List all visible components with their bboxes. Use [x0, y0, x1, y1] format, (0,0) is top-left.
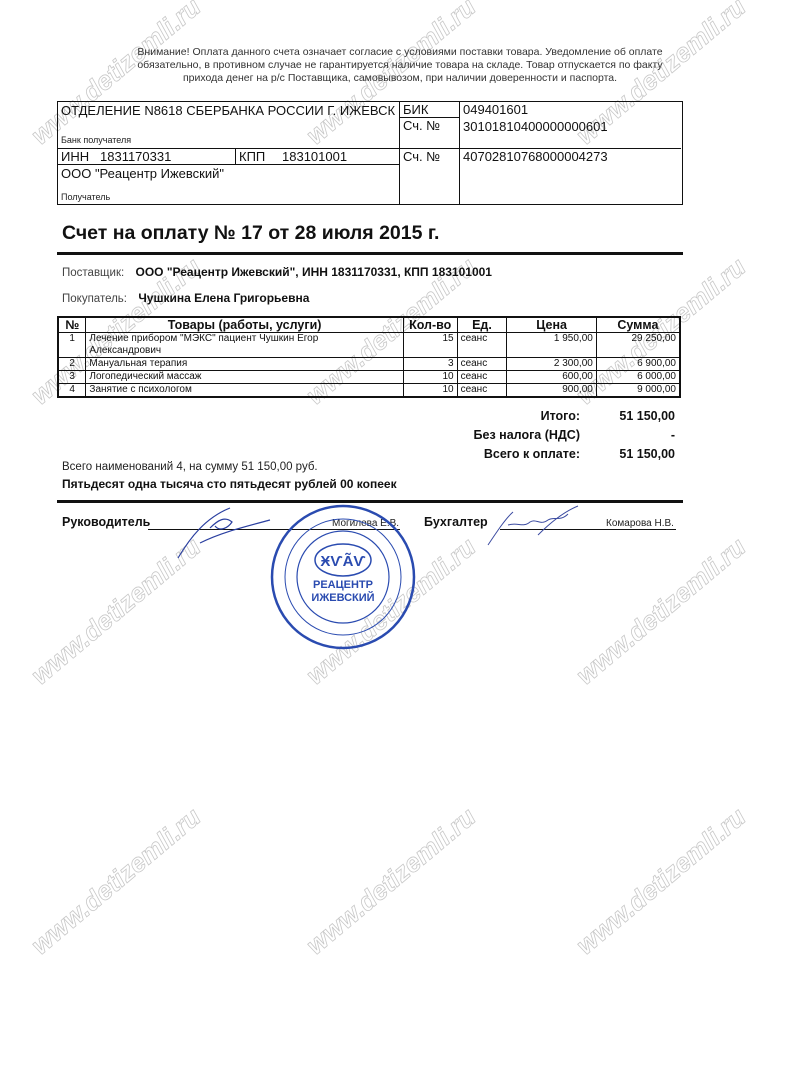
corr-account-label: Сч. №: [403, 118, 440, 133]
cell-price: 900,00: [507, 384, 596, 398]
items-table: № Товары (работы, услуги) Кол-во Ед. Цен…: [57, 316, 681, 398]
kpp-value: 183101001: [282, 149, 347, 164]
kpp-cell: КПП 183101001: [236, 149, 400, 165]
grand-total-label: Всего к оплате:: [420, 445, 580, 464]
cell-qty: 10: [403, 384, 457, 398]
cell-number: 3: [58, 371, 86, 384]
stamp-company-line2: ИЖЕВСКИЙ: [311, 591, 374, 604]
bik-value-cell: 049401601 30101810400000000601: [460, 102, 681, 149]
accountant-name: Комарова Н.В.: [606, 518, 674, 529]
cell-qty: 3: [403, 358, 457, 371]
vat-row: Без налога (НДС) -: [420, 426, 675, 445]
table-row: 4 Занятие с психологом 10 сеанс 900,00 9…: [58, 384, 680, 398]
cell-number: 1: [58, 333, 86, 358]
vat-value: -: [580, 426, 675, 445]
cell-qty: 15: [403, 333, 457, 358]
invoice-title: Счет на оплату № 17 от 28 июля 2015 г.: [62, 222, 439, 245]
cell-price: 600,00: [507, 371, 596, 384]
recipient-cell: ООО "Реацентр Ижевский" Получатель: [58, 165, 400, 204]
total-label: Итого:: [420, 407, 580, 426]
notice-line: обязательно, в противном случае не гаран…: [60, 59, 740, 72]
supplier-line: Поставщик: ООО "Реацентр Ижевский", ИНН …: [62, 265, 492, 279]
table-row: 1 Лечение прибором "МЭКС" пациент Чушкин…: [58, 333, 680, 358]
table-header-row: № Товары (работы, услуги) Кол-во Ед. Цен…: [58, 317, 680, 333]
cell-name: Логопедический массаж: [86, 371, 403, 384]
vat-label: Без налога (НДС): [420, 426, 580, 445]
col-header-qty: Кол-во: [403, 317, 457, 333]
bank-details-block: ОТДЕЛЕНИЕ N8618 СБЕРБАНКА РОССИИ Г. ИЖЕВ…: [57, 101, 683, 205]
cell-sum: 6 000,00: [596, 371, 680, 384]
amount-in-words: Пятьдесят одна тысяча сто пятьдесят рубл…: [62, 477, 397, 491]
recipient-name: ООО "Реацентр Ижевский": [61, 166, 224, 181]
buyer-value: Чушкина Елена Григорьевна: [138, 291, 309, 305]
cell-unit: сеанс: [457, 358, 507, 371]
cell-price: 1 950,00: [507, 333, 596, 358]
stamp-company-line1: РЕАЦЕНТР: [313, 579, 373, 591]
totals-block: Итого: 51 150,00 Без налога (НДС) - Всег…: [420, 407, 675, 464]
cell-qty: 10: [403, 371, 457, 384]
bik-value: 049401601: [463, 102, 528, 117]
inn-cell: ИНН 1831170331: [58, 149, 236, 165]
bank-name: ОТДЕЛЕНИЕ N8618 СБЕРБАНКА РОССИИ Г. ИЖЕВ…: [61, 103, 395, 118]
table-row: 2 Мануальная терапия 3 сеанс 2 300,00 6 …: [58, 358, 680, 371]
col-header-unit: Ед.: [457, 317, 507, 333]
cell-name: Лечение прибором "МЭКС" пациент Чушкин Е…: [86, 333, 403, 358]
inn-value: 1831170331: [100, 149, 171, 164]
grand-total-value: 51 150,00: [580, 445, 675, 464]
cell-price: 2 300,00: [507, 358, 596, 371]
kpp-label: КПП: [239, 149, 265, 164]
supplier-label: Поставщик:: [62, 267, 124, 279]
col-header-number: №: [58, 317, 86, 333]
title-divider: [57, 252, 683, 255]
total-value: 51 150,00: [580, 407, 675, 426]
account-value-cell: 40702810768000004273: [460, 149, 681, 204]
cell-name: Занятие с психологом: [86, 384, 403, 398]
table-row: 3 Логопедический массаж 10 сеанс 600,00 …: [58, 371, 680, 384]
items-count-summary: Всего наименований 4, на сумму 51 150,00…: [62, 461, 318, 473]
cell-unit: сеанс: [457, 371, 507, 384]
cell-unit: сеанс: [457, 333, 507, 358]
col-header-goods: Товары (работы, услуги): [86, 317, 403, 333]
recipient-label: Получатель: [61, 192, 110, 202]
total-row: Итого: 51 150,00: [420, 407, 675, 426]
account-label-cell: Сч. №: [400, 149, 460, 204]
payment-notice: Внимание! Оплата данного счета означает …: [60, 46, 740, 85]
notice-line: Внимание! Оплата данного счета означает …: [60, 46, 740, 59]
buyer-label: Покупатель:: [62, 293, 127, 305]
company-stamp: ӾѴÃѴ РЕАЦЕНТР ИЖЕВСКИЙ: [268, 502, 418, 652]
accountant-signature: [478, 500, 588, 550]
director-label: Руководитель: [62, 515, 150, 529]
cell-name-text: Лечение прибором "МЭКС" пациент Чушкин Е…: [89, 333, 339, 357]
cell-number: 4: [58, 384, 86, 398]
cell-number: 2: [58, 358, 86, 371]
notice-line: прихода денег на р/с Поставщика, самовыв…: [60, 72, 740, 85]
col-header-sum: Сумма: [596, 317, 680, 333]
bik-label: БИК: [403, 102, 428, 117]
inn-label: ИНН: [61, 149, 89, 164]
grand-total-row: Всего к оплате: 51 150,00: [420, 445, 675, 464]
watermark-text: www.detizemli.ru: [570, 531, 752, 691]
supplier-value: ООО "Реацентр Ижевский", ИНН 1831170331,…: [136, 265, 492, 279]
cell-sum: 6 900,00: [596, 358, 680, 371]
corr-label-cell: Сч. №: [400, 118, 460, 149]
cell-name: Мануальная терапия: [86, 358, 403, 371]
corr-account-value: 30101810400000000601: [463, 119, 608, 134]
buyer-line: Покупатель: Чушкина Елена Григорьевна: [62, 291, 309, 305]
col-header-price: Цена: [507, 317, 596, 333]
watermark-text: www.detizemli.ru: [570, 801, 752, 961]
watermark-text: www.detizemli.ru: [300, 801, 482, 961]
bik-label-cell: БИК: [400, 102, 460, 118]
account-value: 40702810768000004273: [463, 149, 608, 164]
cell-sum: 29 250,00: [596, 333, 680, 358]
stamp-logo-icon: ӾѴÃѴ: [320, 552, 366, 570]
bank-name-cell: ОТДЕЛЕНИЕ N8618 СБЕРБАНКА РОССИИ Г. ИЖЕВ…: [58, 102, 400, 149]
cell-sum: 9 000,00: [596, 384, 680, 398]
account-label: Сч. №: [403, 149, 440, 164]
bank-label: Банк получателя: [61, 135, 131, 145]
watermark-text: www.detizemli.ru: [25, 801, 207, 961]
cell-unit: сеанс: [457, 384, 507, 398]
